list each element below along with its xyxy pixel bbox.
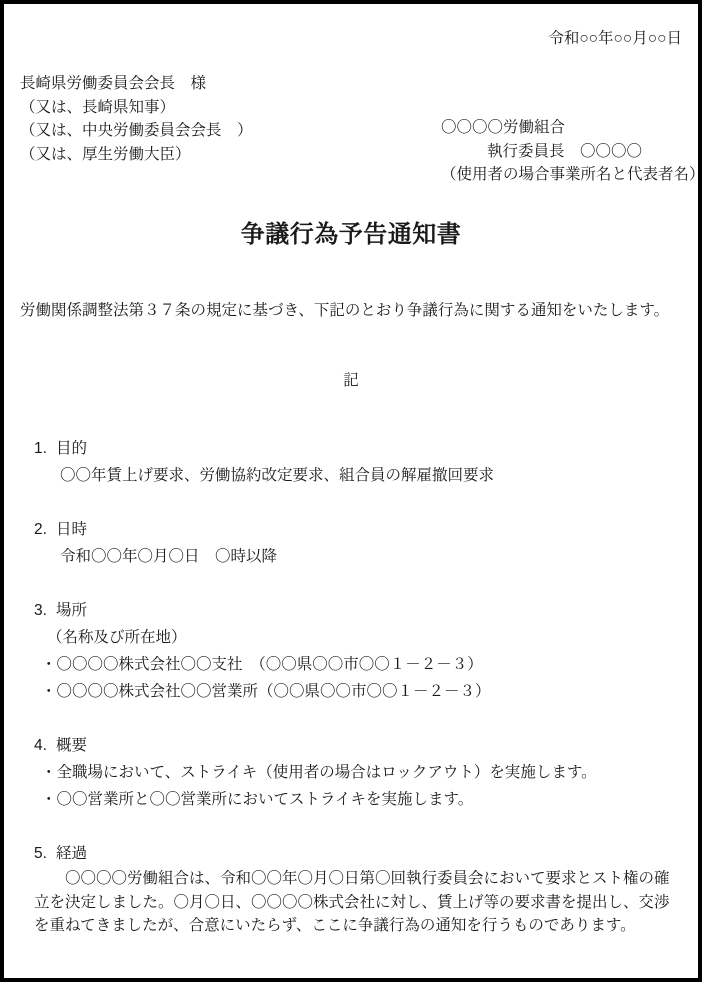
section-location-sublabel: （名称及び所在地） [47,624,682,651]
section-purpose-title: 目的 [56,440,87,457]
section-purpose-body: 〇〇年賃上げ要求、労働協約改定要求、組合員の解雇撤回要求 [60,462,682,489]
section-history-number: 5. [34,840,56,867]
section-list: 1.目的 〇〇年賃上げ要求、労働協約改定要求、組合員の解雇撤回要求 2.日時 令… [34,435,682,938]
section-location-title: 場所 [56,602,87,619]
section-location-item-office: ・〇〇〇〇株式会社〇〇営業所（〇〇県〇〇市〇〇１－２－３） [41,678,682,705]
section-datetime-title: 日時 [56,521,87,538]
section-history-body: 〇〇〇〇労働組合は、令和〇〇年〇月〇日第〇回執行委員会において要求とスト権の確立… [60,867,682,938]
section-history-heading: 5.経過 [34,840,682,867]
section-overview-item-offices: ・〇〇営業所と〇〇営業所においてストライキを実施します。 [41,786,682,813]
section-purpose-heading: 1.目的 [34,435,682,462]
section-location-heading: 3.場所 [34,597,682,624]
sender-note: （使用者の場合事業所名と代表者名） [441,163,702,187]
section-history-title: 経過 [56,845,87,862]
section-overview: 4.概要 ・全職場において、ストライキ（使用者の場合はロックアウト）を実施します… [34,732,682,813]
document-title: 争議行為予告通知書 [20,222,682,248]
section-history-paragraph: 〇〇〇〇労働組合は、令和〇〇年〇月〇日第〇回執行委員会において要求とスト権の確立… [34,867,682,938]
section-location-item-branch: ・〇〇〇〇株式会社〇〇支社 （〇〇県〇〇市〇〇１－２－３） [41,651,682,678]
recipient-primary: 長崎県労働委員会会長 様 [20,72,682,96]
intro-paragraph: 労働関係調整法第３７条の規定に基づき、下記のとおり争議行為に関する通知をいたしま… [20,302,682,320]
section-overview-heading: 4.概要 [34,732,682,759]
section-datetime-heading: 2.日時 [34,516,682,543]
sender-organization: 〇〇〇〇労働組合 [441,116,702,140]
section-location-number: 3. [34,597,56,624]
section-datetime-line: 令和〇〇年〇月〇日 〇時以降 [60,543,682,570]
section-purpose-number: 1. [34,435,56,462]
section-datetime-body: 令和〇〇年〇月〇日 〇時以降 [60,543,682,570]
section-purpose: 1.目的 〇〇年賃上げ要求、労働協約改定要求、組合員の解雇撤回要求 [34,435,682,489]
section-datetime: 2.日時 令和〇〇年〇月〇日 〇時以降 [34,516,682,570]
record-marker: 記 [20,372,682,390]
section-overview-title: 概要 [56,737,87,754]
section-location: 3.場所 （名称及び所在地） ・〇〇〇〇株式会社〇〇支社 （〇〇県〇〇市〇〇１－… [34,597,682,705]
sender-block: 〇〇〇〇労働組合 執行委員長 〇〇〇〇 （使用者の場合事業所名と代表者名） [441,116,702,187]
section-overview-body: ・全職場において、ストライキ（使用者の場合はロックアウト）を実施します。 ・〇〇… [60,759,682,813]
document-date: 令和○○年○○月○○日 [20,30,682,47]
section-history: 5.経過 〇〇〇〇労働組合は、令和〇〇年〇月〇日第〇回執行委員会において要求とス… [34,840,682,938]
section-datetime-number: 2. [34,516,56,543]
notice-document-page: 令和○○年○○月○○日 長崎県労働委員会会長 様 （又は、長崎県知事） （又は、… [0,0,702,982]
section-purpose-line: 〇〇年賃上げ要求、労働協約改定要求、組合員の解雇撤回要求 [60,462,682,489]
sender-representative: 執行委員長 〇〇〇〇 [441,140,702,164]
section-location-body: （名称及び所在地） ・〇〇〇〇株式会社〇〇支社 （〇〇県〇〇市〇〇１－２－３） … [60,624,682,705]
section-overview-number: 4. [34,732,56,759]
section-overview-item-strike: ・全職場において、ストライキ（使用者の場合はロックアウト）を実施します。 [41,759,682,786]
